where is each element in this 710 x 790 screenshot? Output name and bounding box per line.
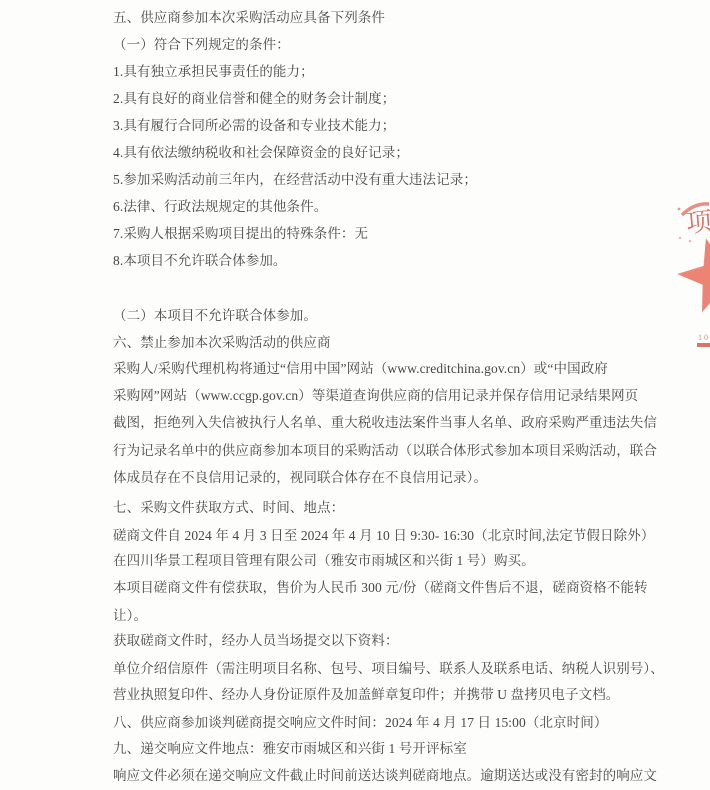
seal-star-icon <box>677 238 710 312</box>
condition-item-5: 5.参加采购活动前三年内，在经营活动中没有重大违法记录； <box>113 172 477 187</box>
para-credit-check-line-3: 截图，拒绝列入失信被执行人名单、重大税收违法案件当事人名单、政府采购严重违法失信 <box>113 415 657 430</box>
seal-dot-icon <box>678 208 681 211</box>
seal-smudge <box>697 343 710 347</box>
condition-item-1: 1.具有独立承担民事责任的能力； <box>113 64 314 79</box>
condition-item-3: 3.具有履行合同所必需的设备和专业技术能力； <box>113 118 395 133</box>
heading-subsection-1: （一）符合下列规定的条件： <box>113 37 290 52</box>
heading-section-8: 八、供应商参加谈判磋商提交响应文件时间：2024 年 4 月 17 日 15:0… <box>113 715 607 730</box>
para-credit-check-line-4: 行为记录名单中的供应商参加本项目的采购活动（以联合体形式参加本项目采购活动，联合 <box>113 443 657 458</box>
condition-item-7: 7.采购人根据采购项目提出的特殊条件：无 <box>113 226 368 241</box>
condition-item-4: 4.具有依法缴纳税收和社会保障资金的良好记录； <box>113 145 409 160</box>
para-materials-line-1: 单位介绍信原件（需注明项目名称、包号、项目编号、联系人及联系电话、纳税人识别号）… <box>113 661 664 676</box>
para-doc-purchase-line-3: 本项目磋商文件有偿获取，售价为人民币 300 元/份（磋商文件售后不退，磋商资格… <box>113 580 648 595</box>
para-doc-purchase-line-4: 让）。 <box>113 608 147 623</box>
seal-star-texture <box>680 240 710 310</box>
official-seal-stamp: 项 1 0 <box>640 190 710 360</box>
para-credit-check-line-2: 采购网”网站（www.ccgp.gov.cn）等渠道查询供应商的信用记录并保存信… <box>113 388 638 403</box>
para-credit-check-line-1: 采购人/采购代理机构将通过“信用中国”网站（www.creditchina.go… <box>113 361 608 376</box>
condition-item-6: 6.法律、行政法规规定的其他条件。 <box>113 199 327 214</box>
seal-fleck-icon <box>689 240 692 243</box>
condition-item-8: 8.本项目不允许联合体参加。 <box>113 253 287 268</box>
scanned-document-page: 五、供应商参加本次采购活动应具备下列条件 （一）符合下列规定的条件： 1.具有独… <box>0 0 710 790</box>
heading-section-6: 六、禁止参加本次采购活动的供应商 <box>113 335 331 350</box>
seal-char: 项 <box>685 207 710 238</box>
para-doc-purchase-line-2: 在四川华景工程项目管理有限公司（雅安市雨城区和兴街 1 号）购买。 <box>113 553 535 568</box>
seal-arc-stroke <box>682 204 709 215</box>
heading-section-7: 七、采购文件获取方式、时间、地点： <box>113 500 344 515</box>
heading-subsection-2: （二）本项目不允许联合体参加。 <box>113 308 317 323</box>
heading-section-5: 五、供应商参加本次采购活动应具备下列条件 <box>113 10 385 25</box>
seal-date-fragment: 1 0 <box>698 333 708 342</box>
para-materials-line-2: 营业执照复印件、经办人身份证原件及加盖鲜章复印件；并携带 U 盘拷贝电子文档。 <box>113 687 619 702</box>
para-credit-check-line-5: 体成员存在不良信用记录的，视同联合体存在不良信用记录）。 <box>113 470 487 485</box>
para-materials-intro: 获取磋商文件时，经办人员当场提交以下资料： <box>113 633 399 648</box>
seal-fleck-icon <box>679 237 681 239</box>
condition-item-2: 2.具有良好的商业信誉和健全的财务会计制度； <box>113 91 395 106</box>
para-deadline-line-1: 响应文件必须在递交响应文件截止时间前送达谈判磋商地点。逾期送达或没有密封的响应文 <box>113 768 657 783</box>
heading-section-9: 九、递交响应文件地点：雅安市雨城区和兴街 1 号开评标室 <box>113 741 467 756</box>
para-doc-purchase-line-1: 磋商文件自 2024 年 4 月 3 日至 2024 年 4 月 10 日 9:… <box>113 528 654 543</box>
